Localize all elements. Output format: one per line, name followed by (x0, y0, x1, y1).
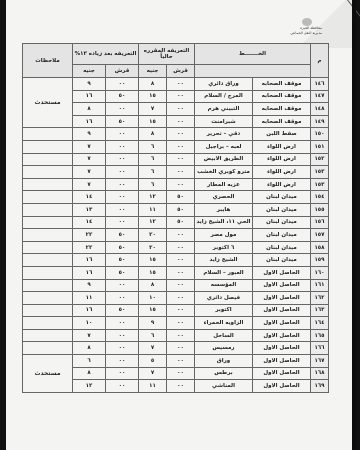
note-cell (23, 178, 73, 191)
new-piaster: ٠٠ (106, 292, 139, 305)
note-cell (23, 128, 73, 141)
table-row: ١٥٤ميدان لبنانالحصري٥٠١٢٠٠١٤ (23, 191, 329, 204)
new-pound: ١٢ (73, 380, 106, 393)
current-pound: ٦ (139, 140, 167, 153)
current-pound: ٦ (139, 153, 167, 166)
table-row: ١٥٢ارض اللواءالطريق الابيض٠٠٦٠٠٧ (23, 153, 329, 166)
new-piaster: ٠٠ (106, 355, 139, 368)
current-pound: ١٥ (139, 115, 167, 128)
col-new-piaster: قرش (106, 65, 139, 78)
new-piaster: ٥٠ (106, 229, 139, 242)
table-row: ١٥٨ميدان لبنان٦ اكتوبر٠٠٢٠٥٠٢٢ (23, 241, 329, 254)
row-number: ١٥٢ (311, 153, 329, 166)
row-number: ١٤٨ (311, 103, 329, 116)
route-destination: ٦ اكتوبر (195, 241, 253, 254)
route-origin: الحاصل الاول (253, 304, 311, 317)
document-page: محافظة الجيزة مديرية النقل الجماعي م الخ… (6, 0, 356, 450)
table-row: ١٥١ارض اللواءلعبه – براجيل٠٠٦٠٠٧ (23, 140, 329, 153)
new-pound: ٢٢ (73, 229, 106, 242)
route-destination: وراق (195, 355, 253, 368)
route-origin: موقف الصحابه (253, 103, 311, 116)
route-origin: الحاصل الاول (253, 317, 311, 330)
row-number: ١٥٤ (311, 191, 329, 204)
current-pound: ١٠ (139, 292, 167, 305)
route-origin: الحاصل الاول (253, 342, 311, 355)
table-row: ١٦٠الحاصل الاولالعبور – السلام٠٠١٥٥٠١٦ (23, 266, 329, 279)
current-pound: ٥ (139, 355, 167, 368)
route-destination: الشيخ زايد (195, 254, 253, 267)
new-piaster: ٠٠ (106, 216, 139, 229)
route-destination: الحصري (195, 191, 253, 204)
row-number: ١٤٦ (311, 78, 329, 91)
current-piaster: ٥٠ (167, 191, 195, 204)
row-number: ١٥٣ (311, 178, 329, 191)
new-pound: ٧ (73, 329, 106, 342)
current-pound: ٨ (139, 128, 167, 141)
current-pound: ٨ (139, 78, 167, 91)
col-line-sub (195, 65, 311, 78)
current-pound: ٨ (139, 279, 167, 292)
note-cell: مستحدث (23, 78, 73, 128)
route-origin: الحاصل الاول (253, 367, 311, 380)
current-pound: ٦ (139, 166, 167, 179)
route-destination: التبيني هرم (195, 103, 253, 116)
route-origin: ارض اللواء (253, 178, 311, 191)
note-cell (23, 166, 73, 179)
new-pound: ١٣ (73, 203, 106, 216)
current-piaster: ٠٠ (167, 367, 195, 380)
note-cell (23, 304, 73, 317)
row-number: ١٦٩ (311, 380, 329, 393)
route-origin: موقف الصحابه (253, 78, 311, 91)
new-pound: ١٦ (73, 266, 106, 279)
new-pound: ١٦ (73, 254, 106, 267)
new-piaster: ٠٠ (106, 342, 139, 355)
row-number: ١٦٧ (311, 355, 329, 368)
table-row: ١٦٤الحاصل الاولالزاويه الحمراء٠٠٩٠٠١٠ (23, 317, 329, 330)
new-pound: ١٤ (73, 216, 106, 229)
current-pound: ٢٠ (139, 229, 167, 242)
current-pound: ١٢ (139, 216, 167, 229)
route-destination: المناشي (195, 380, 253, 393)
route-destination: المرج / السلام (195, 90, 253, 103)
table-row: ١٤٦موقف الصحابهوراق دائري٠٠٨٠٠٩مستحدث (23, 78, 329, 91)
new-pound: ٧ (73, 153, 106, 166)
new-piaster: ٠٠ (106, 103, 139, 116)
current-pound: ١٥ (139, 254, 167, 267)
current-piaster: ٠٠ (167, 292, 195, 305)
current-piaster: ٠٠ (167, 342, 195, 355)
row-number: ١٦١ (311, 279, 329, 292)
route-origin: الحاصل الاول (253, 266, 311, 279)
current-piaster: ٠٠ (167, 317, 195, 330)
current-piaster: ٠٠ (167, 90, 195, 103)
current-piaster: ٠٠ (167, 304, 195, 317)
new-piaster: ٠٠ (106, 166, 139, 179)
row-number: ١٦٠ (311, 266, 329, 279)
current-piaster: ٠٠ (167, 103, 195, 116)
new-piaster: ٠٠ (106, 329, 139, 342)
current-pound: ٦ (139, 329, 167, 342)
new-pound: ١٠ (73, 317, 106, 330)
table-row: ١٦٢الحاصل الاولفيصل دائري٠٠١٠٠٠١١ (23, 292, 329, 305)
row-number: ١٦٨ (311, 367, 329, 380)
row-number: ١٤٧ (311, 90, 329, 103)
new-pound: ١٦ (73, 304, 106, 317)
row-number: ١٥٩ (311, 254, 329, 267)
row-number: ١٥٠ (311, 128, 329, 141)
row-number: ١٦٤ (311, 317, 329, 330)
route-destination: الساحل (195, 329, 253, 342)
current-pound: ٧ (139, 103, 167, 116)
row-number: ١٥٣ (311, 166, 329, 179)
route-destination: العبور – السلام (195, 266, 253, 279)
current-piaster: ٥٠ (167, 203, 195, 216)
note-cell (23, 191, 73, 204)
route-destination: مول مصر (195, 229, 253, 242)
route-origin: الحاصل الاول (253, 292, 311, 305)
col-current-pound: جنيه (139, 65, 167, 78)
new-piaster: ٥٠ (106, 90, 139, 103)
route-origin: الحاصل الاول (253, 355, 311, 368)
note-cell (23, 279, 73, 292)
route-origin: ارض اللواء (253, 166, 311, 179)
col-number: م (311, 44, 329, 78)
route-destination: فيصل دائري (195, 292, 253, 305)
current-piaster: ٠٠ (167, 266, 195, 279)
note-cell (23, 329, 73, 342)
col-new-pound: جنيه (73, 65, 106, 78)
row-number: ١٤٩ (311, 115, 329, 128)
new-pound: ٧ (73, 140, 106, 153)
current-piaster: ٠٠ (167, 355, 195, 368)
row-number: ١٦٥ (311, 329, 329, 342)
route-origin: موقف الصحابه (253, 115, 311, 128)
route-origin: ميدان لبنان (253, 254, 311, 267)
table-row: ١٥٥ميدان لبنانهايبر٥٠١١٠٠١٣ (23, 203, 329, 216)
table-row: ١٥٧ميدان لبنانمول مصر٠٠٢٠٥٠٢٢ (23, 229, 329, 242)
table-row: ١٥٩ميدان لبنانالشيخ زايد٠٠١٥٥٠١٦ (23, 254, 329, 267)
logo-line-2: مديرية النقل الجماعي (282, 31, 322, 36)
current-pound: ١٥ (139, 266, 167, 279)
note-cell (23, 317, 73, 330)
new-pound: ١٤ (73, 191, 106, 204)
new-pound: ٨ (73, 342, 106, 355)
table-body: ١٤٦موقف الصحابهوراق دائري٠٠٨٠٠٩مستحدث١٤٧… (23, 78, 329, 393)
new-pound: ٩ (73, 128, 106, 141)
route-destination: دقي – تحرير (195, 128, 253, 141)
row-number: ١٥٧ (311, 229, 329, 242)
table-row: ١٦٦الحاصل الاولرمسيس٠٠٧٠٠٨ (23, 342, 329, 355)
note-cell (23, 153, 73, 166)
col-line: الخـــــــط (195, 44, 311, 65)
new-pound: ٩ (73, 279, 106, 292)
current-pound: ١١ (139, 203, 167, 216)
row-number: ١٦٣ (311, 304, 329, 317)
route-destination: عزبه المطار (195, 178, 253, 191)
current-pound: ٦ (139, 178, 167, 191)
route-origin: ميدان لبنان (253, 229, 311, 242)
row-number: ١٦٦ (311, 342, 329, 355)
new-piaster: ٥٠ (106, 254, 139, 267)
note-cell (23, 241, 73, 254)
scan-edge (352, 0, 356, 450)
route-destination: الزاويه الحمراء (195, 317, 253, 330)
current-piaster: ٠٠ (167, 140, 195, 153)
current-pound: ٧ (139, 367, 167, 380)
new-piaster: ٠٠ (106, 203, 139, 216)
new-piaster: ٠٠ (106, 191, 139, 204)
route-origin: ميدان لبنان (253, 191, 311, 204)
new-pound: ٨ (73, 103, 106, 116)
route-destination: برطس (195, 367, 253, 380)
new-piaster: ٠٠ (106, 317, 139, 330)
route-destination: رمسيس (195, 342, 253, 355)
current-piaster: ٠٠ (167, 229, 195, 242)
row-number: ١٥٦ (311, 216, 329, 229)
new-pound: ٩ (73, 78, 106, 91)
route-destination: المؤسسه (195, 279, 253, 292)
current-piaster: ٠٠ (167, 380, 195, 393)
current-piaster: ٠٠ (167, 241, 195, 254)
current-pound: ١٥ (139, 90, 167, 103)
table-row: ١٥٦ميدان لبنانالحي ١١، الشيخ زايد٥٠١٢٠٠١… (23, 216, 329, 229)
new-pound: ٧ (73, 166, 106, 179)
route-destination: هايبر (195, 203, 253, 216)
col-current-fare: التعريفه المقرره حالياً (139, 44, 195, 65)
note-cell (23, 203, 73, 216)
table-row: ١٦٣الحاصل الاولاكتوبر٠٠١٥٥٠١٦ (23, 304, 329, 317)
new-piaster: ٠٠ (106, 153, 139, 166)
current-pound: ٧ (139, 342, 167, 355)
header-logo: محافظة الجيزة مديرية النقل الجماعي (282, 18, 322, 36)
current-piaster: ٥٠ (167, 216, 195, 229)
note-cell (23, 140, 73, 153)
col-new-fare: التعريفه بعد زياده ١٣% (73, 44, 139, 65)
new-piaster: ٠٠ (106, 140, 139, 153)
current-piaster: ٠٠ (167, 279, 195, 292)
current-piaster: ٠٠ (167, 254, 195, 267)
fare-table: م الخـــــــط التعريفه المقرره حالياً ال… (22, 43, 329, 393)
route-origin: الحاصل الاول (253, 279, 311, 292)
route-origin: الحاصل الاول (253, 380, 311, 393)
route-origin: موقف الصحابه (253, 90, 311, 103)
note-cell (23, 342, 73, 355)
new-piaster: ٠٠ (106, 178, 139, 191)
route-destination: اكتوبر (195, 304, 253, 317)
current-piaster: ٠٠ (167, 166, 195, 179)
note-cell: مستحدث (23, 355, 73, 393)
route-destination: لعبه – براجيل (195, 140, 253, 153)
route-destination: مترو كوبري الخشب (195, 166, 253, 179)
new-pound: ١٦ (73, 90, 106, 103)
note-cell (23, 266, 73, 279)
note-cell (23, 292, 73, 305)
new-piaster: ٠٠ (106, 367, 139, 380)
col-current-piaster: قرش (167, 65, 195, 78)
route-origin: ارض اللواء (253, 140, 311, 153)
current-pound: ٩ (139, 317, 167, 330)
note-cell (23, 229, 73, 242)
note-cell (23, 216, 73, 229)
route-destination: الطريق الابيض (195, 153, 253, 166)
route-destination: وراق دائري (195, 78, 253, 91)
current-pound: ١١ (139, 380, 167, 393)
new-piaster: ٠٠ (106, 380, 139, 393)
row-number: ١٥١ (311, 140, 329, 153)
row-number: ١٥٨ (311, 241, 329, 254)
col-notes: ملاحظات (23, 44, 73, 78)
route-destination: الحي ١١، الشيخ زايد (195, 216, 253, 229)
new-piaster: ٠٠ (106, 78, 139, 91)
new-piaster: ٥٠ (106, 266, 139, 279)
current-piaster: ٠٠ (167, 128, 195, 141)
new-pound: ٦ (73, 355, 106, 368)
new-piaster: ٥٠ (106, 115, 139, 128)
route-origin: ارض اللواء (253, 153, 311, 166)
current-piaster: ٠٠ (167, 329, 195, 342)
current-pound: ١٥ (139, 304, 167, 317)
row-number: ١٥٥ (311, 203, 329, 216)
table-row: ١٥٣ارض اللواءعزبه المطار٠٠٦٠٠٧ (23, 178, 329, 191)
note-cell (23, 254, 73, 267)
new-piaster: ٥٠ (106, 241, 139, 254)
current-pound: ٢٠ (139, 241, 167, 254)
table-row: ١٦٧الحاصل الاولوراق٠٠٥٠٠٦مستحدث (23, 355, 329, 368)
route-origin: ميدان لبنان (253, 216, 311, 229)
route-origin: الحاصل الاول (253, 329, 311, 342)
table-row: ١٦٥الحاصل الاولالساحل٠٠٦٠٠٧ (23, 329, 329, 342)
table-row: ١٦١الحاصل الاولالمؤسسه٠٠٨٠٠٩ (23, 279, 329, 292)
current-piaster: ٠٠ (167, 153, 195, 166)
route-origin: ميدان لبنان (253, 241, 311, 254)
current-pound: ١٢ (139, 191, 167, 204)
route-destination: شبرامنت (195, 115, 253, 128)
new-piaster: ٠٠ (106, 279, 139, 292)
route-origin: صفط اللبن (253, 128, 311, 141)
new-pound: ٢٢ (73, 241, 106, 254)
route-origin: ميدان لبنان (253, 203, 311, 216)
new-pound: ١١ (73, 292, 106, 305)
new-piaster: ٠٠ (106, 128, 139, 141)
new-pound: ١٦ (73, 115, 106, 128)
current-piaster: ٠٠ (167, 115, 195, 128)
table-row: ١٥٣ارض اللواءمترو كوبري الخشب٠٠٦٠٠٧ (23, 166, 329, 179)
current-piaster: ٠٠ (167, 178, 195, 191)
row-number: ١٦٢ (311, 292, 329, 305)
current-piaster: ٠٠ (167, 78, 195, 91)
emblem-icon (302, 18, 312, 26)
new-pound: ٨ (73, 367, 106, 380)
new-piaster: ٥٠ (106, 304, 139, 317)
table-row: ١٥٠صفط اللبندقي – تحرير٠٠٨٠٠٩ (23, 128, 329, 141)
new-pound: ٧ (73, 178, 106, 191)
